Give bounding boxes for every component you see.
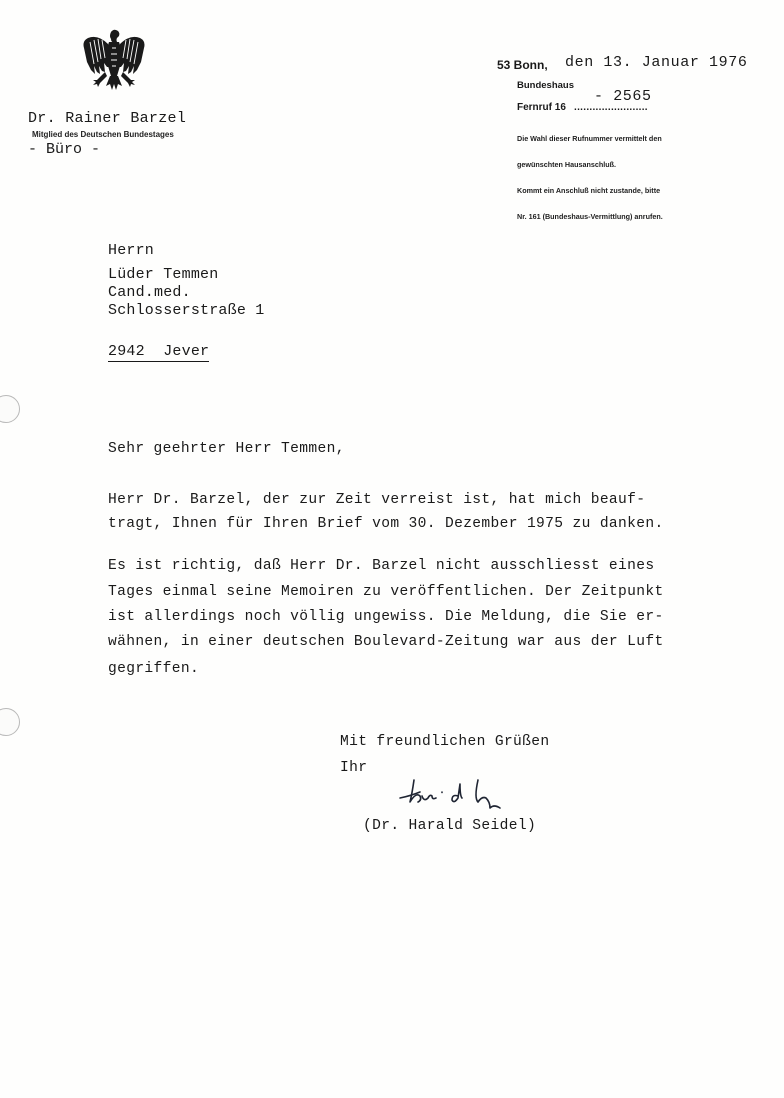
- sender-subtitle: Mitglied des Deutschen Bundestages: [32, 130, 174, 139]
- phone-notice-line: gewünschten Hausanschluß.: [517, 161, 663, 170]
- phone-label: Fernruf 16: [517, 102, 566, 113]
- punch-hole-top: [0, 395, 20, 423]
- paragraph2-line: Es ist richtig, daß Herr Dr. Barzel nich…: [108, 558, 654, 574]
- letter-date: den 13. Januar 1976: [565, 54, 747, 71]
- phone-notice: Die Wahl dieser Rufnummer vermittelt den…: [517, 118, 663, 238]
- recipient-name: Lüder Temmen: [108, 266, 218, 283]
- recipient-city: 2942 Jever: [108, 343, 209, 362]
- signer-name: (Dr. Harald Seidel): [363, 818, 536, 834]
- sender-name: Dr. Rainer Barzel: [28, 110, 186, 127]
- phone-notice-line: Nr. 161 (Bundeshaus-Vermittlung) anrufen…: [517, 213, 663, 222]
- closing-regards: Mit freundlichen Grüßen: [340, 734, 549, 750]
- phone-notice-line: Kommt ein Anschluß nicht zustande, bitte: [517, 187, 663, 196]
- building-label: Bundeshaus: [517, 80, 574, 91]
- place-label: 53 Bonn,: [497, 58, 548, 72]
- letter-page: Dr. Rainer Barzel Mitglied des Deutschen…: [0, 0, 784, 1098]
- phone-notice-line: Die Wahl dieser Rufnummer vermittelt den: [517, 135, 663, 144]
- recipient-street: Schlosserstraße 1: [108, 302, 264, 319]
- recipient-salutation: Herrn: [108, 242, 154, 259]
- federal-eagle-icon: [78, 26, 150, 98]
- greeting: Sehr geehrter Herr Temmen,: [108, 441, 345, 457]
- handwritten-signature-icon: [392, 776, 532, 820]
- paragraph2-line: wähnen, in einer deutschen Boulevard-Zei…: [108, 634, 664, 650]
- paragraph1-line: Herr Dr. Barzel, der zur Zeit verreist i…: [108, 492, 645, 508]
- paragraph1-line: tragt, Ihnen für Ihren Brief vom 30. Dez…: [108, 516, 664, 532]
- closing-ihr: Ihr: [340, 760, 367, 776]
- paragraph2-line: gegriffen.: [108, 661, 199, 677]
- phone-dots: ........................: [574, 102, 648, 113]
- paragraph2-line: ist allerdings noch völlig ungewiss. Die…: [108, 609, 664, 625]
- paragraph2-line: Tages einmal seine Memoiren zu veröffent…: [108, 584, 664, 600]
- sender-office: - Büro -: [28, 141, 100, 158]
- punch-hole-bottom: [0, 708, 20, 736]
- recipient-title: Cand.med.: [108, 284, 191, 301]
